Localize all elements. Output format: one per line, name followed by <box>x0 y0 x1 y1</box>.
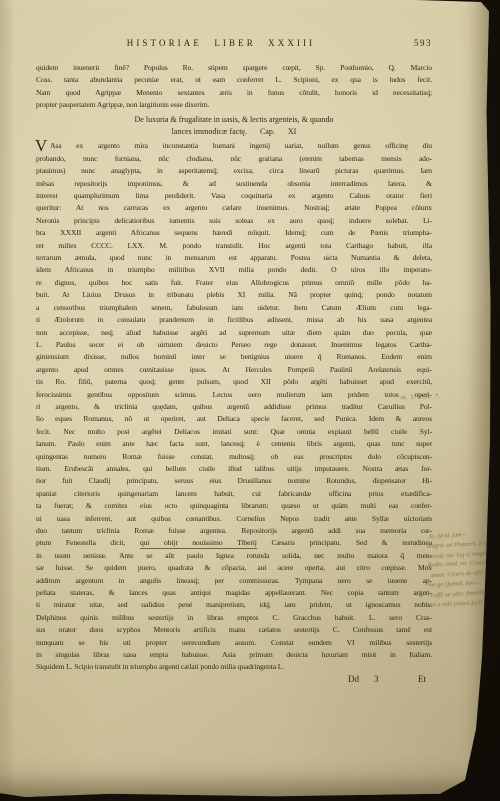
body-line: ti miratur uitæ, sed ualidius penè manip… <box>36 599 432 611</box>
chapter-heading-line2: lances immodicæ factę.Cap.XI <box>36 126 432 138</box>
signature-row: Dd 3 Et <box>36 674 432 687</box>
body-line: ri argento, & triclinia quędam, quibus a… <box>36 401 432 413</box>
drop-cap-initial: V <box>35 138 47 153</box>
body-line: L. Paulus socer ei ob uirtutem deuicto P… <box>36 339 432 351</box>
chapter-heading-line1: De luxuria & frugalitate in uasis, & lec… <box>36 114 432 126</box>
page-number: 593 <box>414 38 432 48</box>
body-line: fecit. Nec multo post argẽtei Deliacos i… <box>36 426 432 438</box>
body-line: ptauimus) nunc anaglypta, in asperitatem… <box>36 165 432 177</box>
body-line: terrarum æmula, quod nunc in mensarum es… <box>36 252 432 264</box>
body-line: ptum Fenestella dicit, qui obijt nouissi… <box>36 537 432 549</box>
body-line: sus orator duos scyphos Mentoris artific… <box>36 624 432 636</box>
body-lines: Asa ex argento mira inconstantia humani … <box>36 140 432 673</box>
body-line: buit. At Liuius Drusus in tribunatu pleb… <box>36 289 432 301</box>
body-line: tis Ro. filiũ, paterna quoq́; gente puls… <box>36 376 432 388</box>
text-column: HISTORIAE LIBER XXXIII 593 quidem inuene… <box>36 38 432 687</box>
body-line: ti Ætolorum in consulatu prandentem in f… <box>36 314 432 326</box>
signature-mark: Dd <box>348 674 359 684</box>
body-line: nunquam se his uti propter uerecundiam a… <box>36 637 432 649</box>
body-line: probando, nunc furniana, nũc clodiana, n… <box>36 153 432 165</box>
cap-label: Cap. <box>260 127 275 136</box>
body-line: idem Africanus in triumpho militibus XVI… <box>36 264 432 276</box>
body-line: mẽsas repositorijs imponimus, & ad susti… <box>36 178 432 190</box>
body-line: giniensium dixisse, nullos hominũ inter … <box>36 351 432 363</box>
intro-paragraph: quidem inuenerit finẽ? Populus Ro. stipe… <box>36 62 432 112</box>
signature-number: 3 <box>374 674 379 684</box>
body-line: queritur: At nos carrucas ex argento cæl… <box>36 202 432 214</box>
body-line: ret milies CCCC. LXX. M. pondo transtuli… <box>36 240 432 252</box>
body-line: ferocissimis gentibus oppositum scimus. … <box>36 389 432 401</box>
body-line: argento apud omnes cœnitauisse ipsos. At… <box>36 364 432 376</box>
running-head: HISTORIAE LIBER XXXIII 593 <box>36 38 432 53</box>
chapter-heading-text: lances immodicæ factę. <box>172 127 247 136</box>
body-line: in singulas libras uasa empta habuisse. … <box>36 649 432 661</box>
chapter-heading: De luxuria & frugalitate in uasis, & lec… <box>36 114 432 139</box>
catchword: Et <box>418 674 426 684</box>
body-line: re dignos, quibus hoc satis fuit. Frater… <box>36 277 432 289</box>
intro-line: quidem inuenerit finẽ? Populus Ro. stipe… <box>36 62 432 74</box>
body-line: interest quamplurimum lima perdiderit. V… <box>36 190 432 202</box>
intro-line: Nam quod Agrippæ Menenio sextantes æris … <box>36 87 432 99</box>
page-edge-shadow <box>466 0 500 801</box>
book-page: HISTORIAE LIBER XXXIII 593 quidem inuene… <box>0 0 500 801</box>
body-line: Delphinos quinis milibus sestertijs in l… <box>36 612 432 624</box>
margin-note-line: Jo. lyrid. fam— <box>428 528 500 543</box>
body-line: a censoribus triumphalem senem, fabulosu… <box>36 302 432 314</box>
body-line: ui uasa inferrent, aut quibus cœnantibus… <box>36 513 432 525</box>
body-line: Asa ex argento mira inconstantia humani … <box>36 140 432 152</box>
body-line: quingentas numero Romæ fuisse constat, m… <box>36 451 432 463</box>
body-line: tium. Erubescãt annales, qui bellum ciui… <box>36 463 432 475</box>
body-line: additum argentum in angulis lineasq́; pe… <box>36 575 432 587</box>
margin-note-inline: m. 5. 155. 7. <box>401 392 493 401</box>
body-paragraph: V Asa ex argento mira inconstantia human… <box>36 140 432 673</box>
body-line: pellata stateras, & lances quas antiqui … <box>36 587 432 599</box>
body-line: non accepisse, neq́; aliud habuisse argẽ… <box>36 327 432 339</box>
scan-background: HISTORIAE LIBER XXXIII 593 quidem inuene… <box>0 0 500 801</box>
body-line: in usum uenisse. Ante se aũt paulo ligne… <box>36 550 432 562</box>
intro-line: Coss. tanta abundantia pecuniæ erat, ut … <box>36 74 432 86</box>
body-line: sæ fuisse. Se quidem puero, quadrata & c… <box>36 562 432 574</box>
body-line: lio eques Romanus, nõ ut operiret, aut D… <box>36 413 432 425</box>
intro-line: propter paupertatem Agrippæ, non largiti… <box>36 99 432 111</box>
body-line: lanum. Paulo enim ante hæc facta sunt, l… <box>36 438 432 450</box>
body-line: tior fuit Claudij principatu, seruus eiu… <box>36 475 432 487</box>
margin-note-block: Jo. lyrid. fam—alegrō: uē Plutarch. ā vi… <box>426 528 500 610</box>
body-line: bra XXXII argenti Africanus sequens hære… <box>36 227 432 239</box>
body-line: Neronis principis delicatioribus iumenti… <box>36 215 432 227</box>
body-line: spaniæ citerioris quingenariam lancem ha… <box>36 488 432 500</box>
hand-underlined-text: qui obijt nouissimo Tiberij <box>140 538 257 549</box>
body-line: duo tantum triclinia Romæ fuisse argente… <box>36 525 432 537</box>
body-line: ta fuerat; & comites eius octo quinquagi… <box>36 500 432 512</box>
body-line: Siquidem L. Scipio transtulit in triumph… <box>36 661 432 673</box>
running-head-title: HISTORIAE LIBER XXXIII <box>36 38 432 48</box>
cap-number: XI <box>288 127 296 136</box>
